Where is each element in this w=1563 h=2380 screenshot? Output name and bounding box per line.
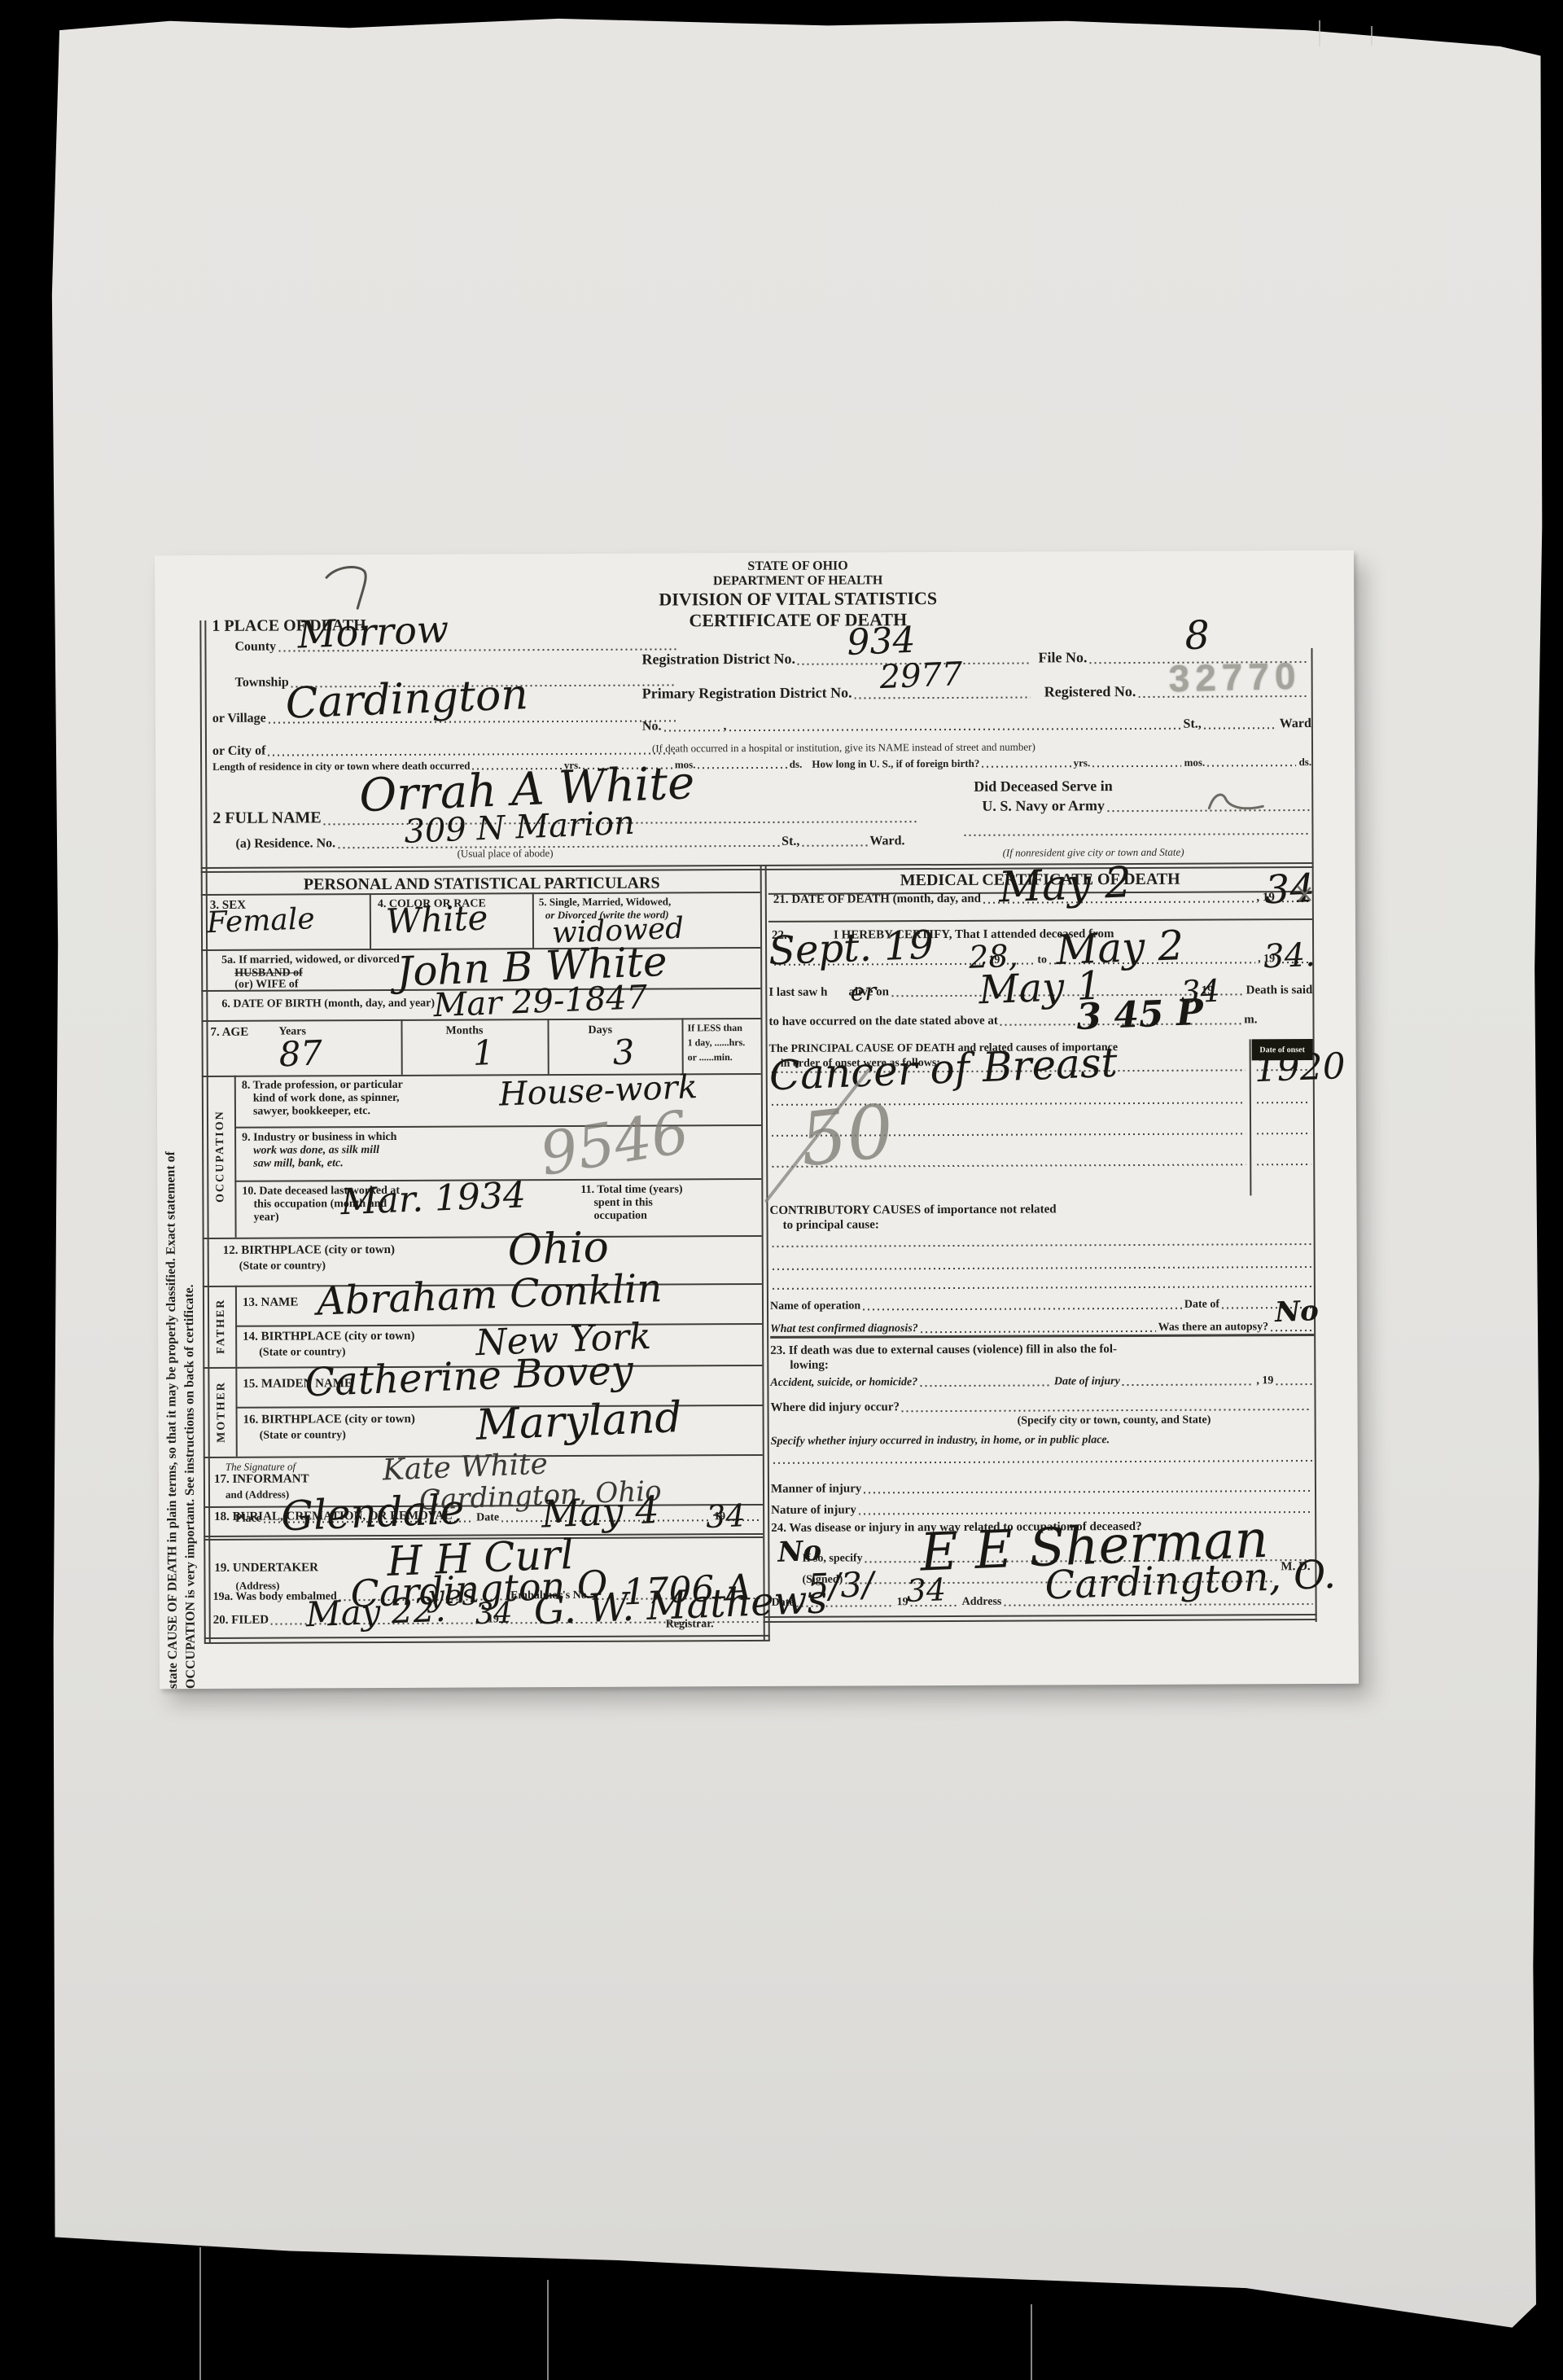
color-race-handwriting: White xyxy=(385,901,488,939)
howlong-ds-line xyxy=(1207,764,1296,766)
served-line1: Did Deceased Serve in xyxy=(974,778,1113,796)
age-less-label-1: If LESS than xyxy=(687,1022,742,1034)
mother-side-label: MOTHER xyxy=(208,1367,235,1457)
r12-sub-label: (State or country) xyxy=(239,1260,326,1273)
registration-district-handwriting: 934 xyxy=(847,623,917,661)
street-no-line xyxy=(663,729,720,731)
nonresident-line xyxy=(964,832,1309,836)
where-note: (Specify city or town, county, and State… xyxy=(1018,1414,1211,1428)
father-side-label: FATHER xyxy=(208,1286,235,1367)
injury-yr-line xyxy=(1276,1383,1311,1385)
row-rule xyxy=(203,1235,762,1239)
r17-label-2: 17. INFORMANT xyxy=(214,1472,309,1487)
r16-handwriting: Maryland xyxy=(475,1396,683,1447)
r12-handwriting: Ohio xyxy=(507,1226,610,1273)
accident-label: Accident, suicide, or homicide? xyxy=(770,1376,917,1390)
header-title: CERTIFICATE OF DEATH xyxy=(554,608,1042,632)
r11-label-2: spent in this xyxy=(593,1197,652,1210)
contributory-line-2 xyxy=(773,1265,1311,1270)
autopsy-label: Was there an autopsy? xyxy=(1158,1321,1269,1335)
header-division: DIVISION OF VITAL STATISTICS xyxy=(554,587,1042,611)
r9-pencil-code: 9546 xyxy=(536,1102,693,1185)
occurred-time-handwriting: 3 45 P xyxy=(1076,995,1204,1036)
bottom-rule-right-inner xyxy=(764,1619,1317,1623)
cause-onset-line-2 xyxy=(1257,1101,1311,1103)
ward-line xyxy=(1204,726,1277,729)
operation-label: Name of operation xyxy=(770,1300,860,1313)
r18-place-handwriting: Glendale xyxy=(280,1489,465,1537)
certificate-sheet: state CAUSE OF DEATH in plain terms, so … xyxy=(155,550,1359,1689)
cell-rule xyxy=(401,1019,402,1075)
r8-label-3: sawyer, bookkeeper, etc. xyxy=(253,1105,370,1119)
r17-label-1: The Signature of xyxy=(225,1460,296,1473)
contributory-line-3 xyxy=(773,1285,1311,1290)
r13-handwriting: Abraham Conklin xyxy=(316,1269,663,1321)
r18-date-handwriting: May 4 xyxy=(541,1491,659,1533)
r19-label: 19. UNDERTAKER xyxy=(214,1561,318,1576)
bottom-rule-right xyxy=(764,1614,1317,1618)
contributory-line-1 xyxy=(773,1243,1311,1247)
full-name-label: 2 FULL NAME xyxy=(212,809,321,828)
r21-handwriting: May 2 xyxy=(998,861,1132,909)
registered-no-label: Registered No. xyxy=(1044,683,1136,700)
age-days-handwriting: 3 xyxy=(612,1035,635,1070)
county-label: County xyxy=(234,640,276,655)
last-saw-pre: I last saw h xyxy=(768,986,827,1000)
residence-handwriting: 309 N Marion xyxy=(404,807,636,848)
form-header: STATE OF OHIO DEPARTMENT OF HEALTH DIVIS… xyxy=(554,558,1042,632)
age-months-handwriting: 1 xyxy=(472,1036,495,1071)
r16-sub-label: (State or country) xyxy=(260,1429,346,1442)
howlong-yrs: yrs. xyxy=(1074,756,1091,769)
marital-label-1: 5. Single, Married, Widowed, xyxy=(539,895,671,909)
r23-label-1: 23. If death was due to external causes … xyxy=(770,1343,1117,1358)
occurred-label: to have occurred on the date stated abov… xyxy=(768,1015,997,1029)
file-no-handwriting: 8 xyxy=(1184,616,1210,655)
r11-label-1: 11. Total time (years) xyxy=(580,1183,682,1197)
county-handwriting: Morrow xyxy=(297,610,450,653)
cell-rule xyxy=(547,1019,549,1074)
howlong-mos-line xyxy=(1092,765,1181,767)
r13-label: 13. NAME xyxy=(243,1295,298,1309)
autopsy-handwriting: No xyxy=(1274,1297,1319,1326)
cert-date-handwriting: 5/3/ xyxy=(807,1567,874,1604)
r8-label-1: 8. Trade profession, or particular xyxy=(242,1079,403,1093)
specify-line: Specify whether injury occurred in indus… xyxy=(771,1434,1110,1449)
how-long-us-label: How long in U. S., if of foreign birth? xyxy=(812,757,979,771)
pencil-slash-mark xyxy=(761,1065,876,1204)
r20-yr-handwriting: 34 xyxy=(475,1599,513,1630)
r12-label: 12. BIRTHPLACE (city or town) xyxy=(223,1243,395,1258)
nonresident-note: (If nonresident give city or town and St… xyxy=(1003,846,1184,860)
operation-line xyxy=(863,1307,1182,1311)
r18-place-label: Place xyxy=(235,1513,261,1526)
where-line xyxy=(902,1408,1312,1412)
film-scratch xyxy=(199,2247,201,2380)
injury-date-line xyxy=(1123,1383,1254,1386)
township-handwriting: Cardington xyxy=(285,673,529,725)
accident-line xyxy=(920,1383,1052,1387)
cell-rule xyxy=(370,893,371,949)
column-divider xyxy=(760,865,765,1641)
manner-line xyxy=(864,1489,1312,1493)
pencil-check-mark xyxy=(1206,787,1267,819)
last-saw-her-handwriting: er xyxy=(850,980,877,1006)
street-line xyxy=(729,727,1180,731)
margin-instructions: state CAUSE OF DEATH in plain terms, so … xyxy=(160,606,202,1689)
township-label: Township xyxy=(235,676,289,690)
specify-blank-line xyxy=(773,1459,1312,1464)
injury-date-label: Date of injury xyxy=(1054,1375,1120,1388)
margin-note-line2: OCCUPATION is very important. See instru… xyxy=(177,606,200,1689)
dob-label: 6. DATE OF BIRTH (month, day, and year) xyxy=(221,997,435,1011)
operation-date-label: Date of xyxy=(1184,1299,1219,1312)
autopsy-line xyxy=(1271,1329,1311,1331)
cert-address-handwriting: Cardington, O. xyxy=(1044,1555,1337,1606)
r21-label: 21. DATE OF DEATH (month, day, and xyxy=(773,892,981,907)
onset-column-rule xyxy=(1250,1039,1252,1195)
primary-district-handwriting: 2977 xyxy=(879,658,963,694)
registration-district-label: Registration District No. xyxy=(641,651,795,668)
city-line xyxy=(269,752,677,756)
r18-yr-handwriting: 34 xyxy=(705,1500,746,1532)
primary-district-label: Primary Registration District No. xyxy=(642,684,852,702)
test-line xyxy=(921,1330,1156,1333)
age-less-label-3: or ......min. xyxy=(688,1051,733,1063)
column-divider-inner xyxy=(765,865,770,1641)
nature-label: Nature of injury xyxy=(771,1503,856,1517)
where-label: Where did injury occur? xyxy=(771,1400,900,1415)
contributory-label-2: to principal cause: xyxy=(783,1218,879,1233)
howlong-yrs-line xyxy=(982,765,1070,767)
residence-ward: Ward. xyxy=(869,834,904,848)
age-days-label: Days xyxy=(588,1024,612,1037)
r23-label-2: lowing: xyxy=(790,1359,829,1373)
cause-onset-handwriting: 1920 xyxy=(1254,1049,1346,1088)
occurred-m: m. xyxy=(1244,1013,1257,1027)
r8-label-2: kind of work done, as spinner, xyxy=(253,1092,400,1106)
residence-st: St., xyxy=(781,835,799,849)
manner-label: Manner of injury xyxy=(771,1482,861,1496)
r16-label: 16. BIRTHPLACE (city or town) xyxy=(243,1413,415,1427)
r5a-label-1: 5a. If married, widowed, or divorced xyxy=(221,953,400,967)
bottom-rule-left xyxy=(204,1635,770,1639)
age-label: 7. AGE xyxy=(210,1026,248,1040)
city-label: or City of xyxy=(212,744,266,759)
street-comma: , xyxy=(723,719,726,734)
length-ds-line xyxy=(698,766,786,769)
r14-label: 14. BIRTHPLACE (city or town) xyxy=(243,1330,414,1344)
cert-date-yr-handwriting: 34 xyxy=(906,1574,947,1606)
residence-ward-line xyxy=(802,844,867,846)
r24-handwriting: No xyxy=(777,1537,822,1567)
file-no-label: File No. xyxy=(1038,649,1087,666)
cause-onset-line-4 xyxy=(1257,1163,1311,1165)
howlong-mos: mos. xyxy=(1184,756,1206,769)
death-said: Death is said xyxy=(1246,984,1313,997)
ward-label: Ward xyxy=(1280,717,1311,731)
street-no-label: No. xyxy=(642,720,662,734)
length-ds: ds. xyxy=(790,758,803,771)
primary-district-line xyxy=(855,696,1031,699)
r14-sub-label: (State or country) xyxy=(259,1346,345,1359)
r15-handwriting: Catherine Bovey xyxy=(304,1351,634,1403)
r11-label-3: occupation xyxy=(593,1210,646,1223)
scanned-death-certificate-page: state CAUSE OF DEATH in plain terms, so … xyxy=(0,0,1563,2380)
age-less-label-2: 1 day, ......hrs. xyxy=(688,1037,746,1049)
injury-19: , 19 xyxy=(1256,1374,1273,1387)
served-line2: U. S. Navy or Army xyxy=(982,797,1105,815)
hospital-note: (If death occurred in a hospital or inst… xyxy=(652,741,1035,756)
from-handwriting: Sept. 19 xyxy=(768,926,935,971)
pen-flourish xyxy=(322,563,395,611)
cause-onset-line-3 xyxy=(1257,1132,1311,1134)
abode-note: (Usual place of abode) xyxy=(458,847,554,861)
r10-handwriting: Mar. 1934 xyxy=(340,1177,527,1221)
r9-label-1: 9. Industry or business in which xyxy=(242,1131,396,1145)
age-years-handwriting: 87 xyxy=(278,1036,323,1072)
test-label: What test confirmed diagnosis? xyxy=(770,1322,918,1336)
film-scratch xyxy=(1319,20,1320,46)
to-yr-handwriting: 34. xyxy=(1263,939,1316,973)
contributory-label-1: CONTRIBUTORY CAUSES of importance not re… xyxy=(769,1203,1056,1218)
bottom-rule-left-inner xyxy=(204,1640,770,1644)
dob-handwriting: Mar 29-1847 xyxy=(433,981,648,1022)
cell-rule xyxy=(532,892,534,948)
r9-label-3: saw mill, bank, etc. xyxy=(253,1157,344,1170)
registered-no-stamp: 32770 xyxy=(1168,654,1302,701)
pencil-x-mark xyxy=(1296,883,1314,904)
village-label: or Village xyxy=(212,712,266,726)
residence-label: (a) Residence. No. xyxy=(235,836,335,852)
sex-handwriting: Female xyxy=(206,905,315,938)
r9-label-2: work was done, as silk mill xyxy=(253,1144,379,1158)
howlong-ds: ds. xyxy=(1299,756,1312,769)
registrar-signature: G. W. Mathews xyxy=(533,1580,828,1630)
film-scratch xyxy=(1371,26,1373,46)
r20-label: 20. FILED xyxy=(213,1614,269,1628)
film-scratch xyxy=(1031,2304,1032,2380)
row-rule xyxy=(768,918,1312,923)
occupation-side-label: OCCUPATION xyxy=(207,1076,235,1238)
street-st-label: St., xyxy=(1183,717,1201,732)
cell-rule xyxy=(681,1018,683,1073)
r10-label-3: year) xyxy=(253,1212,278,1225)
r20-date-handwriting: May 22. xyxy=(305,1593,446,1633)
film-scratch xyxy=(547,2280,549,2380)
cert-address-label: Address xyxy=(962,1596,1002,1609)
